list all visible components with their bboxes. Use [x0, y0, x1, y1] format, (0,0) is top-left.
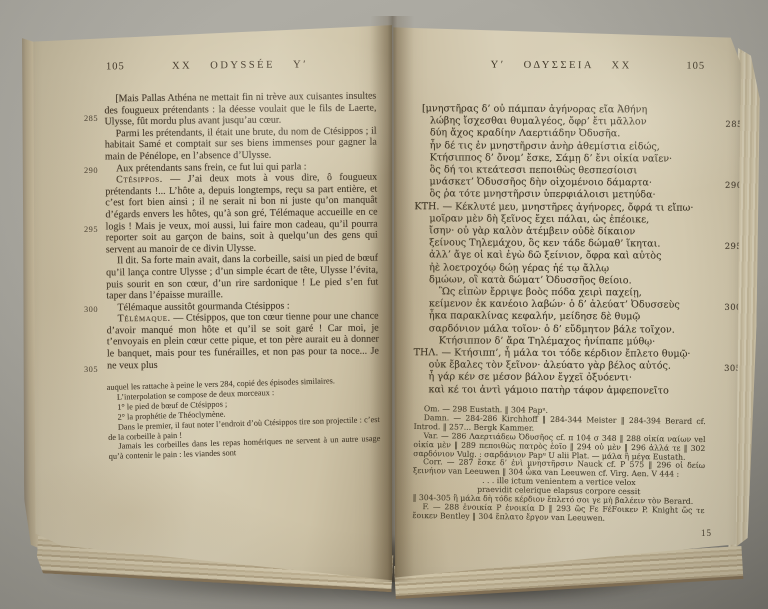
critical-apparatus: Om. — 298 Eustath. ‖ 304 Papᵘ.Damn. — 28… — [412, 405, 706, 525]
right-page-content: 105 Υʹ ΟΔΥΣΣΕΙΑ XX [μνηστῆρας δ’ οὐ πάμπ… — [413, 59, 707, 523]
french-paragraph: [Mais Pallas Athéna ne mettait fin ni tr… — [104, 91, 376, 129]
verse-text: Κτήσιππος δ’ ὄνομ’ ἔσκε, Σάμῃ δ’ ἔνι οἰκ… — [430, 152, 672, 164]
verse-number-margin: 305 — [72, 365, 98, 374]
right-header-title: Υʹ ΟΔΥΣΣΕΙΑ XX — [415, 59, 707, 72]
verse-text: ἦν δέ τις ἐν μνηστῆρσιν ἀνὴρ ἀθεμίστια ε… — [430, 140, 660, 152]
verse-text: δύη ἄχος κραδίην Λαερτιάδην Ὀδυσῆα. — [430, 128, 621, 140]
greek-verse-line: καὶ κέ τοι ἀντὶ γάμοιο πατὴρ τάφον ἀμφεπ… — [413, 384, 705, 398]
french-paragraph: Il dit. Sa forte main avait, dans la cor… — [106, 253, 378, 302]
apparatus-entry: F. — 288 ἐνοικία P ἐνοικία D ‖ 293 ὣς Fε… — [412, 503, 704, 525]
left-page-content: 105 XX ODYSSÉE Υʹ [Mais Pallas Athéna ne… — [104, 59, 380, 460]
paragraph-text: [Mais Pallas Athéna ne mettait fin ni tr… — [104, 91, 376, 128]
verse-text: κείμενον ἐκ κανέοιο λαβών· ὁ δ’ ἀλεύατ’ … — [429, 299, 680, 311]
paragraph-text: Parmi les prétendants, il était une brut… — [105, 125, 377, 162]
verse-text: μοῖραν μὲν δὴ ξεῖνος ἔχει πάλαι, ὡς ἐπέο… — [429, 213, 649, 225]
paragraph-text: Il dit. Sa forte main avait, dans la cor… — [106, 253, 378, 302]
book-photo: 285290295300305 105 XX ODYSSÉE Υʹ [Mais … — [0, 0, 768, 609]
right-page: 105 Υʹ ΟΔΥΣΣΕΙΑ XX [μνηστῆρας δ’ οὐ πάμπ… — [392, 12, 742, 582]
verse-text: Κτήσιππον δ’ ἄρα Τηλέμαχος ἠνίπαπε μύθῳ· — [439, 335, 655, 347]
verse-text: δμώων, οἳ κατὰ δώματ’ Ὀδυσσῆος θείοιο. — [429, 274, 632, 286]
french-paragraph: Ctésippos. — J’ai deux mots à vous dire,… — [105, 172, 378, 256]
french-paragraph: Télémaque. — Ctésippos, que ton cœur tie… — [107, 311, 380, 372]
verse-text: ἦκα παρακλίνας κεφαλήν, μείδησε δὲ θυμῷ — [429, 311, 640, 323]
footnotes-block: auquel les rattache à peine le vers 284,… — [107, 375, 381, 462]
verse-text: σαρδόνιον μάλα τοῖον· ὁ δ’ εὔδμητον βάλε… — [429, 323, 675, 335]
right-running-header: 105 Υʹ ΟΔΥΣΣΕΙΑ XX — [415, 59, 707, 77]
left-page-number: 105 — [106, 61, 125, 72]
french-paragraph: Parmi les prétendants, il était une brut… — [105, 125, 377, 163]
left-header-title: XX ODYSSÉE Υʹ — [104, 59, 376, 73]
gathering-signature: 15 — [701, 528, 712, 538]
right-page-number: 105 — [686, 61, 705, 72]
verse-text: [μνηστῆρας δ’ οὐ πάμπαν ἀγήνορας εἴα Ἀθή… — [422, 103, 647, 115]
left-page: 285290295300305 105 XX ODYSSÉE Υʹ [Mais … — [26, 12, 392, 582]
verse-text: λώβης ἴσχεσθαι θυμαλγέος, ὄφρ’ ἔτι μᾶλλο… — [430, 116, 647, 128]
verse-text: μνάσκετ’ Ὀδυσσῆος δὴν οἰχομένοιο δάμαρτα… — [430, 177, 652, 189]
speaker-label: Ctésippos. — [116, 174, 163, 185]
greek-verses: [μνηστῆρας δ’ οὐ πάμπαν ἀγήνορας εἴα Ἀθή… — [413, 103, 707, 397]
verse-text: καὶ κέ τοι ἀντὶ γάμοιο πατὴρ τάφον ἀμφεπ… — [428, 384, 668, 396]
verse-text: ΚΤΗ. — Κέκλυτέ μευ, μνηστῆρες ἀγήνορες, … — [414, 201, 693, 213]
verse-number-margin: 295 — [72, 225, 98, 234]
verse-text: ἦ γάρ κέν σε μέσον βάλον ἔγχεϊ ὀξυόεντι· — [429, 372, 632, 384]
left-running-header: 105 XX ODYSSÉE Υʹ — [104, 59, 376, 78]
speaker-label: Télémaque. — [118, 313, 171, 325]
verse-text: ὃς δή τοι κτεάτεσσι πεποιθὼς θεσπεσίοισι — [430, 164, 638, 176]
verse-number-margin: 285 — [72, 114, 98, 123]
verse-text: ἴσην· οὐ γὰρ καλὸν ἀτέμβειν οὐδὲ δίκαιον — [429, 225, 635, 237]
verse-text: οὐκ ἔβαλες τὸν ξεῖνον· ἀλεύατο γὰρ βέλος… — [429, 360, 671, 372]
verse-text: ἀλλ’ ἄγε οἱ καὶ ἐγὼ δῶ ξείνιον, ὄφρα καὶ… — [429, 250, 661, 262]
verse-text: ὃς ῥα τότε μνηστῆρσιν ὑπερφιάλοισι μετηύ… — [429, 189, 655, 201]
verse-text: ξείνους Τηλεμάχου, ὃς κεν τάδε δώμαθ’ ἵκ… — [429, 238, 660, 250]
verse-text: ἠὲ λοετροχόῳ δώῃ γέρας ἠέ τῳ ἄλλῳ — [429, 262, 609, 274]
french-translation: [Mais Pallas Athéna ne mettait fin ni tr… — [104, 91, 379, 372]
verse-number-margin: 300 — [72, 305, 98, 314]
verse-text: Ὣς εἰπὼν ἔρριψε βοὸς πόδα χειρὶ παχείῃ, — [439, 286, 642, 298]
verse-text: ΤΗΛ. — Κτήσιππ’, ἦ μάλα τοι τόδε κέρδιον… — [414, 347, 691, 359]
verse-number-margin: 290 — [72, 166, 98, 175]
